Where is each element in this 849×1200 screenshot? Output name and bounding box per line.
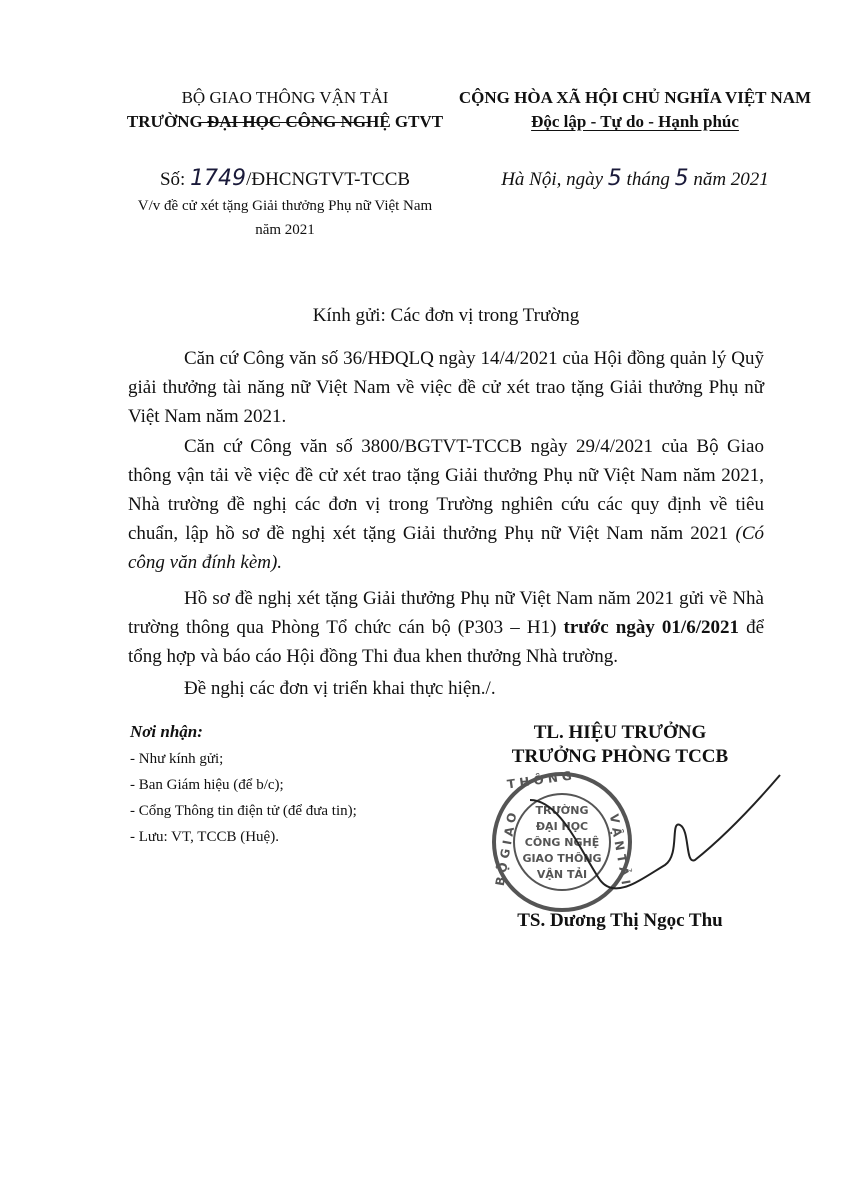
date-line: Hà Nội, ngày 5 tháng 5 năm 2021 bbox=[440, 166, 830, 191]
document-number: Số: 1749/ĐHCNGTVT-TCCB bbox=[100, 166, 470, 191]
ministry-name: BỘ GIAO THÔNG VẬN TẢI bbox=[100, 88, 470, 108]
subject-line-2: năm 2021 bbox=[100, 222, 470, 239]
date-day: 5 bbox=[608, 166, 622, 191]
signature-title-1: TL. HIỆU TRƯỞNG bbox=[470, 722, 770, 744]
salutation: Kính gửi: Các đơn vị trong Trường bbox=[128, 305, 764, 327]
svg-text:T H Ô N G: T H Ô N G bbox=[506, 770, 573, 791]
svg-text:ĐẠI HỌC: ĐẠI HỌC bbox=[536, 820, 588, 833]
paragraph-1: Căn cứ Công văn số 36/HĐQLQ ngày 14/4/20… bbox=[128, 344, 764, 431]
date-year: năm 2021 bbox=[693, 169, 768, 190]
svg-text:CÔNG NGHỆ: CÔNG NGHỆ bbox=[525, 836, 599, 849]
school-underline bbox=[200, 122, 370, 123]
motto: Độc lập - Tự do - Hạnh phúc bbox=[440, 112, 830, 132]
number-prefix: Số: bbox=[160, 169, 185, 190]
signer-name: TS. Dương Thị Ngọc Thu bbox=[470, 910, 770, 932]
number-suffix: /ĐHCNGTVT-TCCB bbox=[246, 169, 410, 190]
recipients-block: Nơi nhận: - Như kính gửi; - Ban Giám hiệ… bbox=[130, 722, 357, 850]
paragraph-2: Căn cứ Công văn số 3800/BGTVT-TCCB ngày … bbox=[128, 432, 764, 577]
stamp-and-signature: TRƯỜNG ĐẠI HỌC CÔNG NGHỆ GIAO THÔNG VẬN … bbox=[490, 770, 790, 920]
subject-line-1: V/v đề cử xét tặng Giải thưởng Phụ nữ Vi… bbox=[100, 198, 470, 215]
recipient-item: - Như kính gửi; bbox=[130, 746, 357, 772]
paragraph-4: Đề nghị các đơn vị triển khai thực hiện.… bbox=[128, 674, 764, 703]
motto-text: Độc lập - Tự do - Hạnh phúc bbox=[531, 112, 739, 131]
nation-title: CỘNG HÒA XÃ HỘI CHỦ NGHĨA VIỆT NAM bbox=[440, 88, 830, 108]
paragraph-3-deadline: trước ngày 01/6/2021 bbox=[564, 617, 739, 638]
recipient-item: - Cổng Thông tin điện tử (để đưa tin); bbox=[130, 798, 357, 824]
date-place: Hà Nội, ngày bbox=[501, 169, 603, 190]
date-month-label: tháng bbox=[627, 169, 670, 190]
recipients-title: Nơi nhận: bbox=[130, 722, 357, 742]
paragraph-3: Hồ sơ đề nghị xét tặng Giải thưởng Phụ n… bbox=[128, 584, 764, 671]
date-month: 5 bbox=[675, 166, 689, 191]
recipient-item: - Lưu: VT, TCCB (Huệ). bbox=[130, 824, 357, 850]
svg-text:VẬN TẢI: VẬN TẢI bbox=[537, 867, 587, 881]
signature-title-2: TRƯỞNG PHÒNG TCCB bbox=[470, 746, 770, 768]
paragraph-2-text: Căn cứ Công văn số 3800/BGTVT-TCCB ngày … bbox=[128, 436, 764, 544]
number-handwritten: 1749 bbox=[190, 166, 246, 191]
recipients-list: - Như kính gửi; - Ban Giám hiệu (để b/c)… bbox=[130, 746, 357, 850]
svg-text:TRƯỜNG: TRƯỜNG bbox=[535, 804, 588, 817]
recipient-item: - Ban Giám hiệu (để b/c); bbox=[130, 772, 357, 798]
